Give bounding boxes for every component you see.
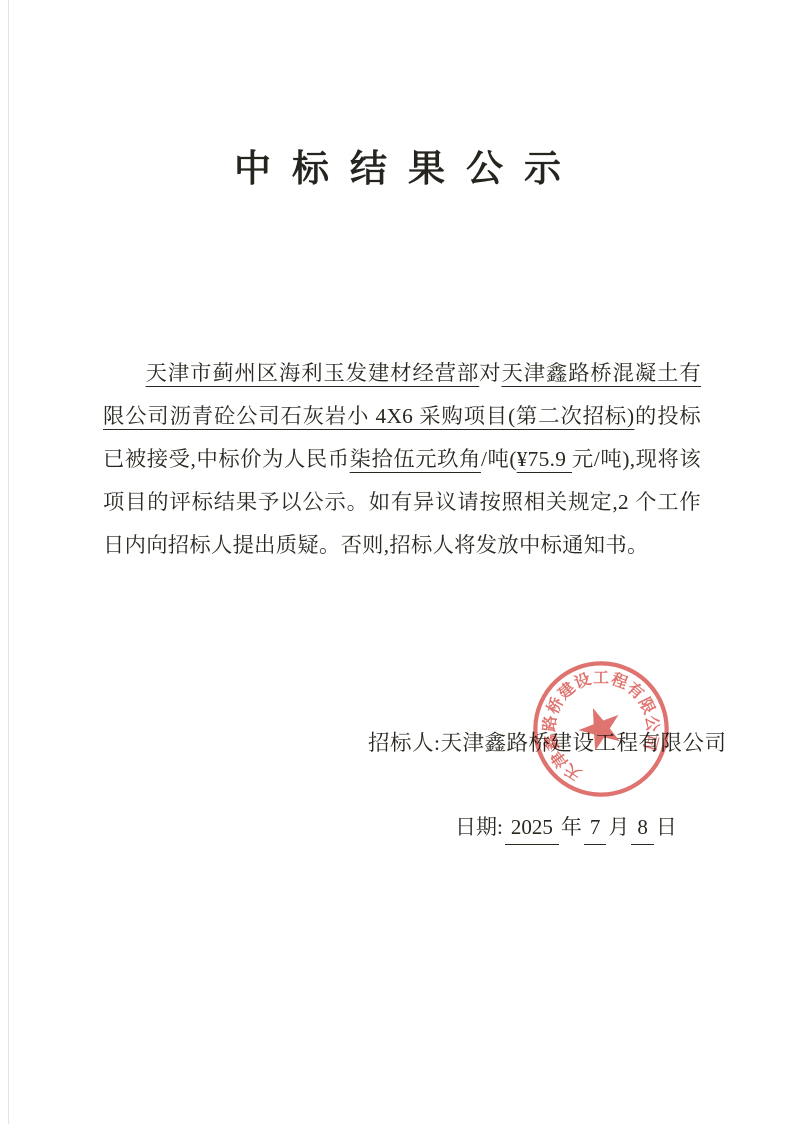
seal-text-char: 限 [635,694,659,717]
paragraph-segment: 柒拾伍元玖角 [350,447,481,471]
document-page: 中标结果公示 天津市蓟州区海利玉发建材经营部对天津鑫路桥混凝土有限公司沥青砼公司… [0,0,795,1124]
date-line: 日期:2025年7月8日 [455,812,795,845]
scan-edge-artifact [8,0,9,1124]
tenderer-company-name: 天津鑫路桥建设工程有限公司 [440,731,726,755]
seal-company-text-arc: 天津鑫路桥建设工程有限公司 [522,651,674,791]
paragraph-segment: /吨( [481,447,517,471]
tenderer-label: 招标人: [368,731,440,755]
date-month-unit: 月 [608,815,629,839]
date-month: 7 [584,812,607,845]
paragraph-segment: 天津市蓟州区海利玉发建材经营部 [146,361,480,385]
seal-text-char: 桥 [543,694,567,717]
date-label: 日期: [455,815,503,839]
tenderer-signature-line: 招标人:天津鑫路桥建设工程有限公司 [368,727,795,759]
paragraph-segment: 对 [479,361,501,385]
seal-text-char: 有 [623,678,648,703]
date-year: 2025 [505,812,559,845]
seal-text-char: 建 [555,679,579,703]
seal-text-char: 工 [593,670,609,687]
date-day-unit: 日 [656,815,677,839]
date-day: 8 [631,812,654,845]
date-year-unit: 年 [561,815,582,839]
seal-text-char: 程 [609,669,631,692]
seal-text-char: 设 [572,670,593,693]
page-title: 中标结果公示 [0,0,795,192]
paragraph-segment: ¥75.9 [517,447,572,471]
announcement-paragraph: 天津市蓟州区海利玉发建材经营部对天津鑫路桥混凝土有限公司沥青砼公司石灰岩小 4X… [103,352,701,567]
seal-text-char: 天 [562,760,585,784]
